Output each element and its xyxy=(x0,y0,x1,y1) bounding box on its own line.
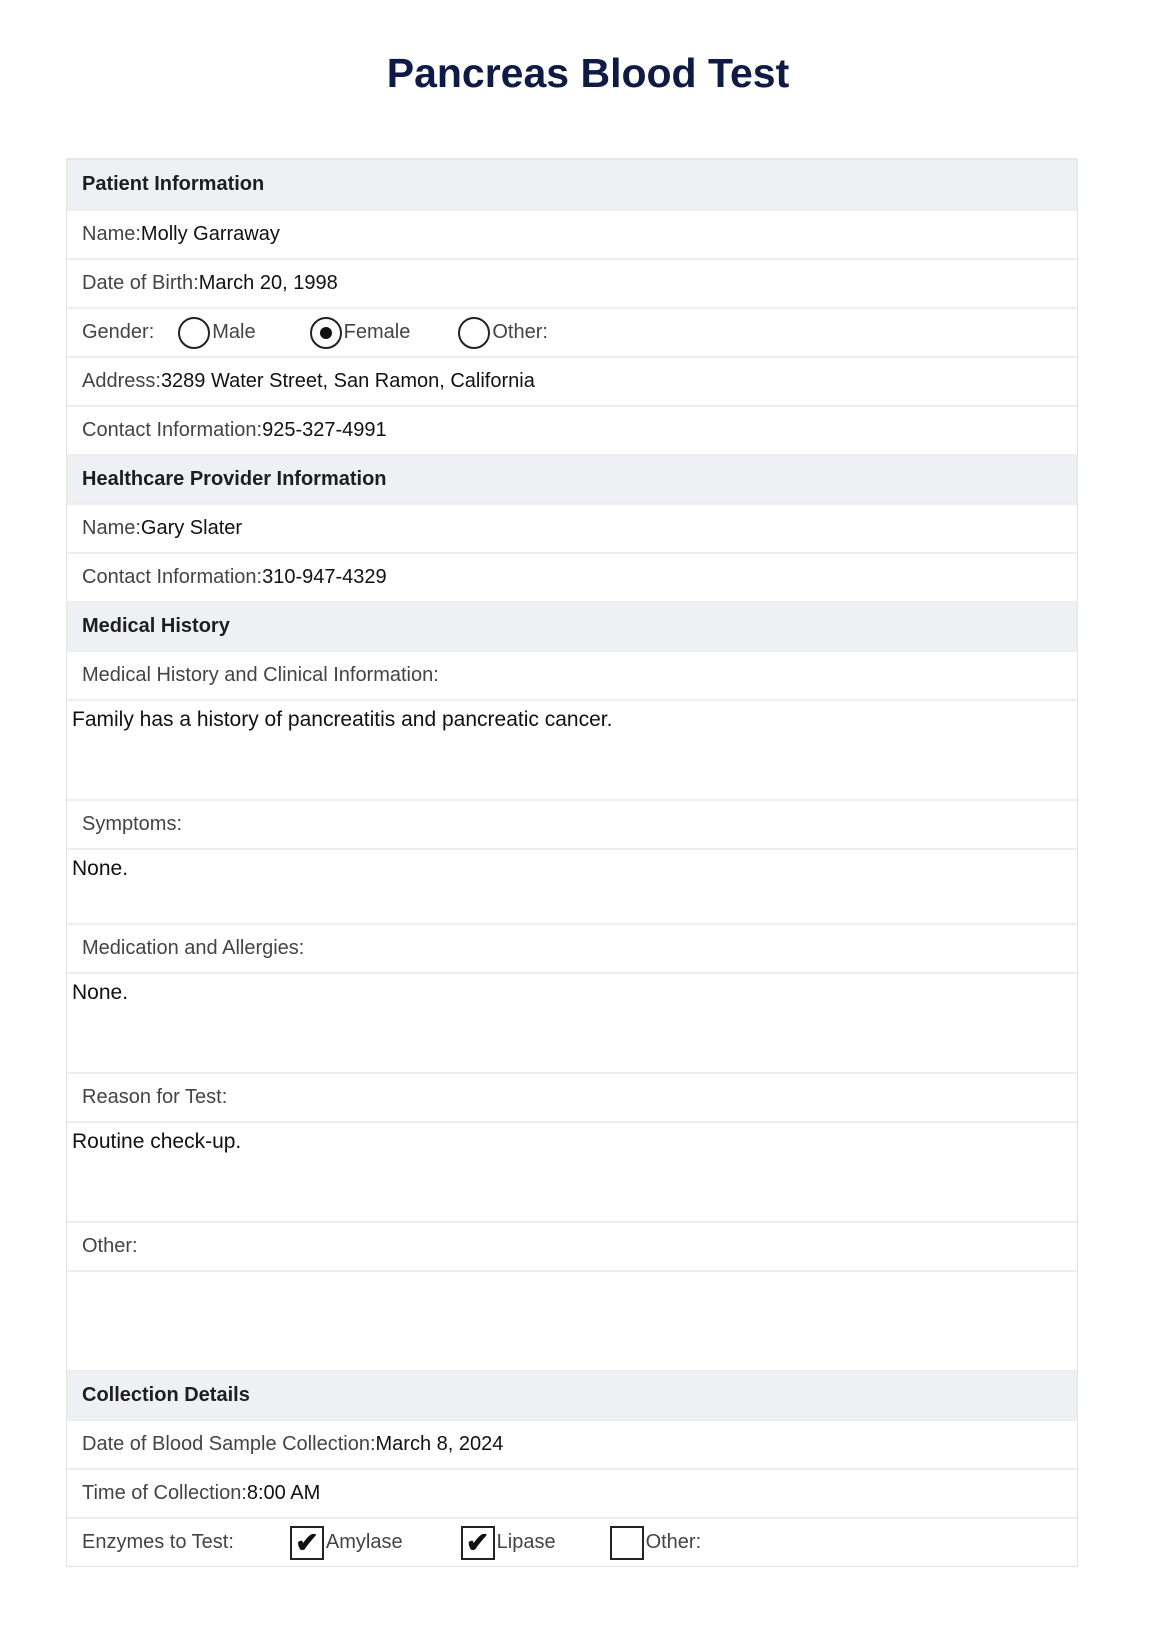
patient-contact-value[interactable]: 925-327-4991 xyxy=(262,419,387,442)
section-healthcare-provider: Healthcare Provider Information xyxy=(67,454,1077,503)
gender-option-female[interactable]: Female xyxy=(310,317,411,349)
enzyme-option-amylase[interactable]: ✔ Amylase xyxy=(290,1526,403,1560)
collection-date-label: Date of Blood Sample Collection: xyxy=(82,1433,376,1456)
provider-contact-field[interactable]: Contact Information:310-947-4329 xyxy=(67,552,1077,601)
provider-contact-value[interactable]: 310-947-4329 xyxy=(262,566,387,589)
collection-date-field[interactable]: Date of Blood Sample Collection:March 8,… xyxy=(67,1419,1077,1468)
checkbox-lipase[interactable]: ✔ xyxy=(461,1526,495,1560)
enzymes-field: Enzymes to Test: ✔ Amylase ✔ Lipase Othe… xyxy=(67,1517,1077,1566)
patient-address-label: Address: xyxy=(82,370,161,393)
checkmark-icon: ✔ xyxy=(466,1529,489,1557)
patient-name-field[interactable]: Name:Molly Garraway xyxy=(67,209,1077,258)
enzyme-option-label: Amylase xyxy=(326,1531,403,1554)
patient-name-value[interactable]: Molly Garraway xyxy=(141,223,280,246)
patient-dob-label: Date of Birth: xyxy=(82,272,199,295)
checkbox-amylase[interactable]: ✔ xyxy=(290,1526,324,1560)
medications-textarea[interactable]: None. xyxy=(67,972,1077,1072)
patient-dob-field[interactable]: Date of Birth:March 20, 1998 xyxy=(67,258,1077,307)
section-collection-details: Collection Details xyxy=(67,1370,1077,1419)
gender-option-label: Other: xyxy=(492,321,548,344)
patient-contact-label: Contact Information: xyxy=(82,419,262,442)
provider-name-label: Name: xyxy=(82,517,141,540)
other-label: Other: xyxy=(82,1235,138,1258)
collection-time-field[interactable]: Time of Collection:8:00 AM xyxy=(67,1468,1077,1517)
symptoms-label-row: Symptoms: xyxy=(67,799,1077,848)
checkbox-other[interactable] xyxy=(610,1526,644,1560)
enzyme-option-label: Other: xyxy=(646,1531,702,1554)
collection-time-label: Time of Collection: xyxy=(82,1482,247,1505)
patient-dob-value[interactable]: March 20, 1998 xyxy=(199,272,338,295)
section-patient-information: Patient Information xyxy=(67,160,1077,209)
gender-field: Gender: Male Female Other: xyxy=(67,307,1077,356)
radio-male[interactable] xyxy=(178,317,210,349)
other-label-row: Other: xyxy=(67,1221,1077,1270)
enzyme-option-lipase[interactable]: ✔ Lipase xyxy=(461,1526,556,1560)
clinical-info-label-row: Medical History and Clinical Information… xyxy=(67,650,1077,699)
patient-address-field[interactable]: Address:3289 Water Street, San Ramon, Ca… xyxy=(67,356,1077,405)
gender-option-label: Male xyxy=(212,321,255,344)
enzymes-label: Enzymes to Test: xyxy=(82,1531,234,1554)
medications-label: Medication and Allergies: xyxy=(82,937,304,960)
symptoms-label: Symptoms: xyxy=(82,813,182,836)
provider-name-field[interactable]: Name:Gary Slater xyxy=(67,503,1077,552)
patient-name-label: Name: xyxy=(82,223,141,246)
other-textarea[interactable] xyxy=(67,1270,1077,1370)
radio-other[interactable] xyxy=(458,317,490,349)
page-title: Pancreas Blood Test xyxy=(0,50,1176,97)
medications-label-row: Medication and Allergies: xyxy=(67,923,1077,972)
provider-contact-label: Contact Information: xyxy=(82,566,262,589)
provider-name-value[interactable]: Gary Slater xyxy=(141,517,242,540)
enzyme-option-label: Lipase xyxy=(497,1531,556,1554)
reason-label-row: Reason for Test: xyxy=(67,1072,1077,1121)
collection-date-value[interactable]: March 8, 2024 xyxy=(376,1433,504,1456)
section-medical-history: Medical History xyxy=(67,601,1077,650)
collection-time-value[interactable]: 8:00 AM xyxy=(247,1482,320,1505)
symptoms-textarea[interactable]: None. xyxy=(67,848,1077,923)
reason-textarea[interactable]: Routine check-up. xyxy=(67,1121,1077,1221)
patient-address-value[interactable]: 3289 Water Street, San Ramon, California xyxy=(161,370,535,393)
reason-label: Reason for Test: xyxy=(82,1086,227,1109)
gender-option-other[interactable]: Other: xyxy=(458,317,548,349)
gender-option-male[interactable]: Male xyxy=(178,317,255,349)
radio-dot-icon xyxy=(320,327,332,339)
enzyme-option-other[interactable]: Other: xyxy=(610,1526,702,1560)
gender-option-label: Female xyxy=(344,321,411,344)
patient-contact-field[interactable]: Contact Information:925-327-4991 xyxy=(67,405,1077,454)
blood-test-form: Patient Information Name:Molly Garraway … xyxy=(66,158,1078,1567)
clinical-info-textarea[interactable]: Family has a history of pancreatitis and… xyxy=(67,699,1077,799)
checkmark-icon: ✔ xyxy=(295,1529,318,1557)
radio-female[interactable] xyxy=(310,317,342,349)
gender-label: Gender: xyxy=(82,321,154,344)
clinical-info-label: Medical History and Clinical Information… xyxy=(82,664,439,687)
